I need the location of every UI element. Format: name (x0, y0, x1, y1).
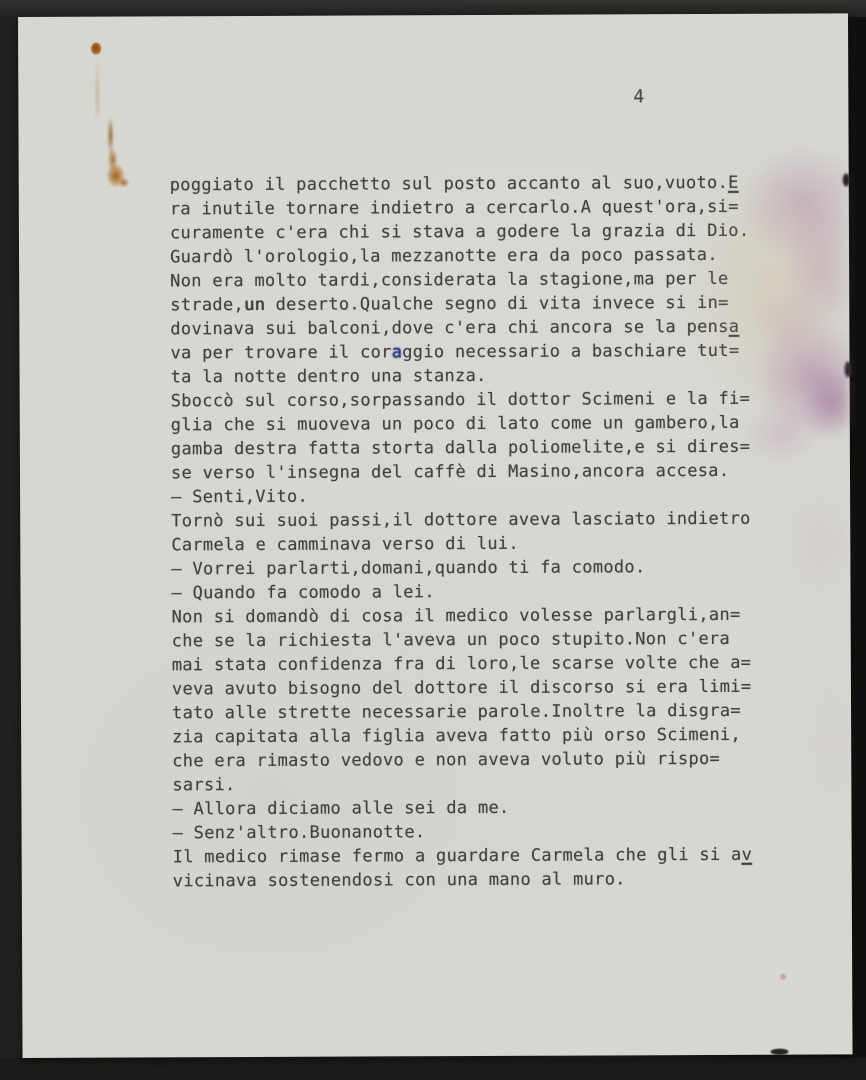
text-line: dovinava sui balconi,dove c'era chi anco… (170, 315, 780, 342)
text-line: se verso l'insegna del caffè di Masino,a… (171, 459, 781, 486)
text-line: Il medico rimase fermo a guardare Carmel… (173, 843, 783, 870)
text-line: poggiato il pacchetto sul posto accanto … (170, 171, 780, 198)
text-segment: gamba destra fatta storta dalla poliomel… (171, 437, 751, 460)
text-segment: ggio necessario a baschiare tut= (402, 341, 739, 362)
text-line: – Senti,Vito. (171, 483, 781, 510)
text-segment: un (244, 295, 265, 315)
text-line: ta la notte dentro una stanza. (171, 363, 781, 390)
text-segment: – Vorrei parlarti,domani,quando ti fa co… (171, 557, 645, 579)
text-line: mai stata confidenza fra di loro,le scar… (172, 651, 782, 678)
text-line: – Vorrei parlarti,domani,quando ti fa co… (171, 555, 781, 582)
text-line: – Quando fa comodo a lei. (171, 579, 781, 606)
rust-stain-streak (95, 55, 99, 117)
text-line: ra inutile tornare indietro a cercarlo.A… (170, 195, 780, 222)
edge-ink-spot-upper (843, 173, 850, 186)
text-segment: Non era molto tardi,considerata la stagi… (170, 269, 728, 291)
text-segment: ra inutile tornare indietro a cercarlo.A… (170, 197, 739, 219)
text-segment: Non si domandò di cosa il medico volesse… (172, 605, 741, 627)
text-line: Non si domandò di cosa il medico volesse… (172, 603, 782, 630)
text-segment: Sboccò sul corso,sorpassando il dottor S… (171, 389, 751, 412)
scanned-document-background: { "page": { "number": "4", "language": "… (0, 0, 866, 1080)
text-segment: veva avuto bisogno del dottore il discor… (172, 677, 752, 700)
text-segment: vicinava sostenendosi con una mano al mu… (173, 869, 626, 891)
text-segment: tato alle strette necessarie parole.Inol… (172, 701, 741, 723)
text-segment: che era rimasto vedovo e non aveva volut… (172, 749, 720, 771)
text-segment: E (728, 173, 739, 193)
text-line: sarsi. (172, 771, 782, 798)
text-segment: glia che si muoveva un poco di lato come… (171, 413, 740, 435)
text-line: zia capitata alla figlia aveva fatto più… (172, 723, 782, 750)
rust-stain-drip (98, 112, 132, 194)
text-segment: Carmela e camminava verso di lui. (171, 534, 519, 556)
bottom-edge-nick (771, 1049, 789, 1055)
text-segment: mai stata confidenza fra di loro,le scar… (172, 653, 752, 676)
text-segment: ta la notte dentro una stanza. (171, 366, 487, 387)
rust-stain-dot (91, 43, 101, 55)
text-segment: sarsi. (172, 775, 235, 795)
text-segment: se verso l'insegna del caffè di Masino,a… (171, 461, 729, 483)
document-page: 4 poggiato il pacchetto sul posto accant… (18, 13, 853, 1058)
text-segment: Guardò l'orologio,la mezzanotte era da p… (170, 245, 718, 267)
text-line: veva avuto bisogno del dottore il discor… (172, 675, 782, 702)
text-line: Sboccò sul corso,sorpassando il dottor S… (171, 387, 781, 414)
text-segment: a (729, 317, 740, 337)
ink-corrected-character: a (392, 342, 403, 362)
text-line: che se la richiesta l'aveva un poco stup… (172, 627, 782, 654)
text-segment: va per trovare il cor (170, 342, 391, 363)
scan-frame-bottom (0, 1058, 866, 1080)
text-line: Guardò l'orologio,la mezzanotte era da p… (170, 243, 780, 270)
text-line: tato alle strette necessarie parole.Inol… (172, 699, 782, 726)
text-segment: – Quando fa comodo a lei. (171, 582, 434, 603)
text-line: vicinava sostenendosi con una mano al mu… (173, 867, 783, 894)
text-line: Tornò sui suoi passi,il dottore aveva la… (171, 507, 781, 534)
text-line: – Senz'altro.Buonanotte. (173, 819, 783, 846)
typewritten-text-block: poggiato il pacchetto sul posto accanto … (170, 171, 783, 894)
text-line: strade,un deserto.Qualche segno di vita … (170, 291, 780, 318)
text-segment: curamente c'era chi si stava a godere la… (170, 221, 750, 244)
text-line: Non era molto tardi,considerata la stagi… (170, 267, 780, 294)
text-segment: – Allora diciamo alle sei da me. (172, 798, 509, 819)
text-segment: – Senz'altro.Buonanotte. (173, 822, 426, 843)
pink-speck (780, 974, 786, 980)
text-line: Carmela e camminava verso di lui. (171, 531, 781, 558)
edge-ink-spot-lower (845, 361, 852, 377)
page-number: 4 (633, 86, 644, 107)
text-line: glia che si muoveva un poco di lato come… (171, 411, 781, 438)
text-segment: v (742, 845, 753, 865)
text-segment: Tornò sui suoi passi,il dottore aveva la… (171, 509, 751, 532)
text-line: gamba destra fatta storta dalla poliomel… (171, 435, 781, 462)
text-segment: zia capitata alla figlia aveva fatto più… (172, 725, 741, 747)
text-segment: dovinava sui balconi,dove c'era chi anco… (170, 317, 728, 339)
text-segment: deserto.Qualche segno di vita invece si … (265, 293, 729, 315)
text-segment: Il medico rimase fermo a guardare Carmel… (173, 845, 742, 867)
text-segment: strade, (170, 295, 244, 315)
text-line: va per trovare il coraggio necessario a … (170, 339, 780, 366)
text-segment: che se la richiesta l'aveva un poco stup… (172, 629, 730, 651)
text-line: che era rimasto vedovo e non aveva volut… (172, 747, 782, 774)
text-line: – Allora diciamo alle sei da me. (172, 795, 782, 822)
text-segment: – Senti,Vito. (171, 487, 308, 508)
text-segment: poggiato il pacchetto sul posto accanto … (170, 173, 728, 195)
text-line: curamente c'era chi si stava a godere la… (170, 219, 780, 246)
